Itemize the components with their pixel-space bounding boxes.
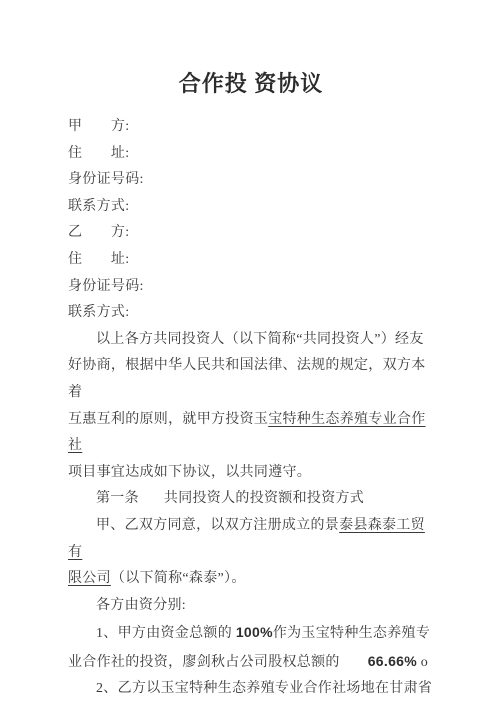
party-b-address-label: 住 址: <box>68 252 129 267</box>
party-a-name-line: 甲 方: <box>68 114 434 141</box>
party-a-name-label: 甲 方: <box>68 119 129 134</box>
intro-line-1: 以上各方共同投资人（以下简称“共同投资人”）经友 <box>68 327 434 354</box>
page-number: 1 <box>0 653 500 663</box>
intro-line-4: 项目事宜达成如下协议，以共同遵守。 <box>68 460 434 487</box>
party-b-contact-label: 联系方式: <box>68 305 129 320</box>
party-a-address-label: 住 址: <box>68 146 129 161</box>
underlined-company-name-part2: 限公司 <box>68 571 111 586</box>
intro-line-3: 互惠互利的原则，就甲方投资玉宝特种生态养殖专业合作社 <box>68 407 434 460</box>
intro-line-2: 好协商，根据中华人民共和国法律、法规的规定，双方本着 <box>68 353 434 406</box>
article-1-number: 第一条 <box>96 491 139 506</box>
party-a-address-line: 住 址: <box>68 141 434 168</box>
document-page: 合作投 资协议 甲 方: 住 址: 身份证号码: 联系方式: 乙 方: 住 址:… <box>0 0 500 708</box>
party-a-contact-label: 联系方式: <box>68 199 129 214</box>
party-a-id-label: 身份证号码: <box>68 172 144 187</box>
party-b-address-line: 住 址: <box>68 247 434 274</box>
contribution-intro-line: 各方由资分别: <box>68 593 434 620</box>
article-1-title: 共同投资人的投资额和投资方式 <box>164 491 364 506</box>
percent-100: 100% <box>236 624 273 640</box>
party-a-contact-line: 联系方式: <box>68 194 434 221</box>
document-title: 合作投 资协议 <box>68 66 434 102</box>
party-b-id-line: 身份证号码: <box>68 274 434 301</box>
party-b-contact-line: 联系方式: <box>68 300 434 327</box>
document-body: 甲 方: 住 址: 身份证号码: 联系方式: 乙 方: 住 址: 身份证号码: … <box>68 114 434 703</box>
party-b-name-label: 乙 方: <box>68 225 129 240</box>
party-a-id-line: 身份证号码: <box>68 167 434 194</box>
party-b-name-line: 乙 方: <box>68 220 434 247</box>
article-1-paragraph-1: 甲、乙双方同意，以双方注册成立的景泰县森泰工贸有 <box>68 513 434 566</box>
item-2-line: 2、乙方以玉宝特种生态养殖专业合作社场地在甘肃省 <box>68 676 434 703</box>
item-1-line-1: 1、甲方由资金总额的 100%作为玉宝特种生态养殖专 <box>68 619 434 648</box>
party-b-id-label: 身份证号码: <box>68 279 144 294</box>
article-1-heading: 第一条共同投资人的投资额和投资方式 <box>68 486 434 513</box>
article-1-paragraph-2: 限公司（以下简称“森泰”）。 <box>68 566 434 593</box>
